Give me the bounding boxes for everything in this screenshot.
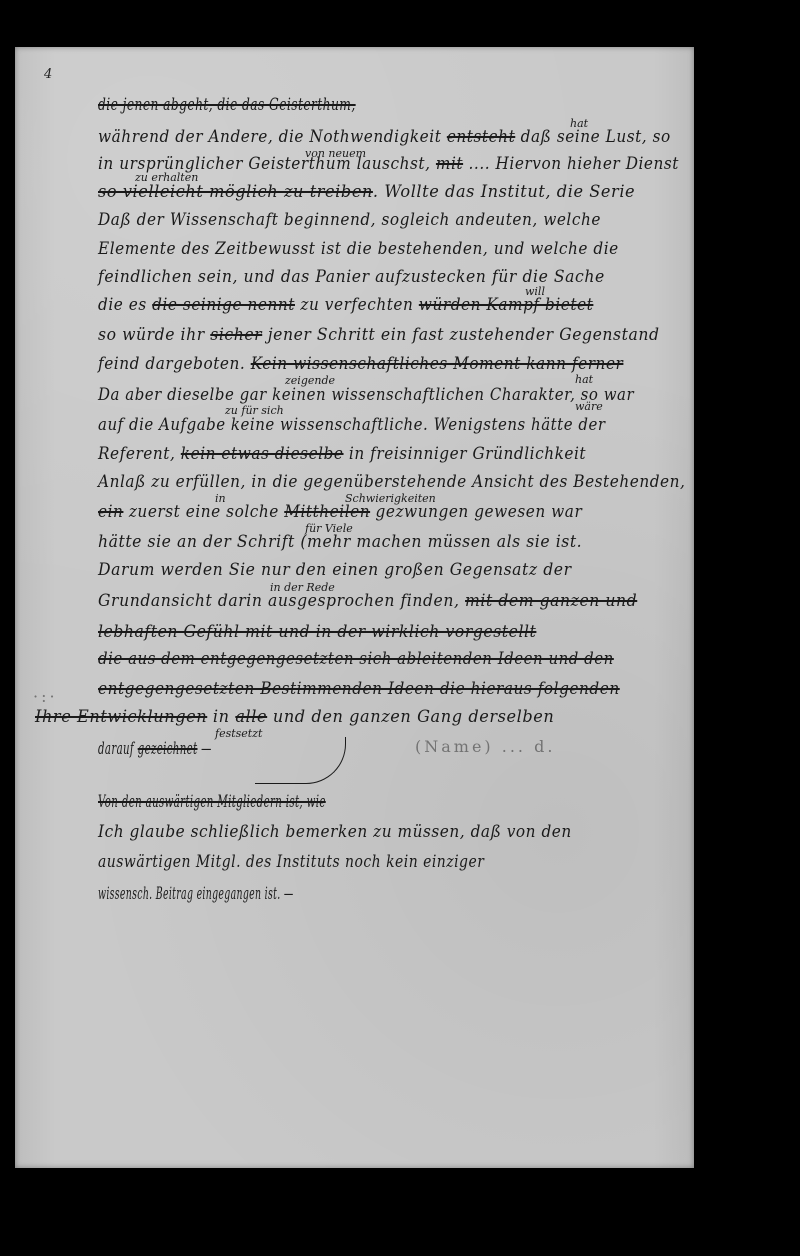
- manuscript-line: lebhaften Gefühl mit und in der wirklich…: [98, 622, 536, 642]
- line-text: wissensch. Beitrag eingegangen ist. —: [98, 884, 294, 904]
- line-text: so würde ihr: [98, 325, 210, 345]
- line-text: die es: [98, 295, 152, 315]
- deleted-text: entsteht: [447, 127, 515, 147]
- interlinear-insertion: hat: [570, 117, 588, 130]
- brace-mark: [255, 737, 346, 784]
- line-text: Elemente des Zeitbewusst ist die bestehe…: [98, 239, 619, 259]
- line-text: und den ganzen Gang derselben: [267, 707, 554, 727]
- line-text: auswärtigen Mitgl. des Instituts noch ke…: [98, 852, 484, 872]
- manuscript-page: 4 die jenen abgeht, die das Geisterthum,…: [15, 47, 694, 1168]
- interlinear-insertion: will: [525, 285, 545, 298]
- manuscript-line: Elemente des Zeitbewusst ist die bestehe…: [98, 239, 619, 259]
- manuscript-line: feind dargeboten. Kein wissenschaftliche…: [98, 354, 623, 374]
- line-text: Grundansicht darin ausgesprochen finden,: [98, 591, 465, 611]
- deleted-text: Mittheilen: [284, 502, 370, 522]
- manuscript-line: die aus dem entgegengesetzten sich ablei…: [98, 649, 614, 669]
- line-text: Anlaß zu erfüllen, in die gegenüberstehe…: [98, 472, 685, 492]
- deleted-text: Von den auswärtigen Mitgliedern ist, wie: [98, 792, 326, 812]
- ink-blot: ·:·: [33, 687, 58, 706]
- line-text: jener Schritt ein fast zustehender Gegen…: [262, 325, 659, 345]
- manuscript-line: Von den auswärtigen Mitgliedern ist, wie: [98, 792, 326, 812]
- interlinear-insertion: zu erhalten: [135, 171, 198, 184]
- manuscript-line: Daß der Wissenschaft beginnend, sogleich…: [98, 210, 601, 230]
- line-text: Referent,: [98, 444, 181, 464]
- deleted-text: die seinige nennt: [152, 295, 295, 315]
- manuscript-line: entgegengesetzten Bestimmenden Ideen die…: [98, 679, 620, 699]
- manuscript-line: Anlaß zu erfüllen, in die gegenüberstehe…: [98, 472, 685, 492]
- manuscript-line: Darum werden Sie nur den einen großen Ge…: [98, 560, 572, 580]
- deleted-text: so vielleicht möglich zu treiben: [98, 182, 373, 202]
- line-text: Darum werden Sie nur den einen großen Ge…: [98, 560, 572, 580]
- line-text: Da aber dieselbe gar keinen wissenschaft…: [98, 385, 634, 405]
- line-text: feindlichen sein, und das Panier aufzust…: [98, 267, 605, 287]
- deleted-text: Ihre Entwicklungen: [35, 707, 207, 727]
- interlinear-insertion: Schwierigkeiten: [345, 492, 436, 505]
- page-number: 4: [44, 67, 52, 82]
- interlinear-insertion: von neuem: [305, 147, 366, 160]
- line-text: in freisinniger Gründlichkeit: [344, 444, 587, 464]
- line-text: —: [198, 739, 212, 759]
- manuscript-line: so vielleicht möglich zu treiben. Wollte…: [98, 182, 635, 202]
- deleted-text: die jenen abgeht, die das Geisterthum,: [98, 95, 356, 115]
- deleted-text: entgegengesetzten Bestimmenden Ideen die…: [98, 679, 620, 699]
- manuscript-line: auswärtigen Mitgl. des Instituts noch ke…: [98, 852, 484, 872]
- line-text: zuerst eine solche: [123, 502, 284, 522]
- manuscript-line: die jenen abgeht, die das Geisterthum,: [98, 95, 356, 115]
- line-text: hätte sie an der Schrift (mehr machen mü…: [98, 532, 582, 552]
- line-text: daß seine Lust, so: [515, 127, 671, 147]
- deleted-text: Kein wissenschaftliches Moment kann fern…: [251, 354, 624, 374]
- manuscript-line: wissensch. Beitrag eingegangen ist. —: [98, 884, 294, 904]
- manuscript-line: Ihre Entwicklungen in alle und den ganze…: [35, 707, 554, 727]
- interlinear-insertion: wäre: [575, 400, 603, 413]
- line-text: darauf: [98, 739, 138, 759]
- line-text: . Wollte das Institut, die Serie: [373, 182, 635, 202]
- line-text: auf die Aufgabe keine wissenschaftliche.…: [98, 415, 606, 435]
- deleted-text: alle: [235, 707, 267, 727]
- interlinear-insertion: zu für sich: [225, 404, 284, 417]
- interlinear-insertion: zeigende: [285, 374, 335, 387]
- interlinear-insertion: hat: [575, 373, 593, 386]
- line-text: .... Hiervon hieher Dienst: [463, 154, 679, 174]
- manuscript-line: hätte sie an der Schrift (mehr machen mü…: [98, 532, 582, 552]
- line-text: zu verfechten: [295, 295, 419, 315]
- deleted-text: mit: [436, 154, 463, 174]
- line-text: Ich glaube schließlich bemerken zu müsse…: [98, 822, 572, 842]
- deleted-text: ein: [98, 502, 123, 522]
- line-text: in: [207, 707, 235, 727]
- interlinear-insertion: in der Rede: [270, 581, 335, 594]
- manuscript-line: während der Andere, die Nothwendigkeit e…: [98, 127, 671, 147]
- deleted-text: kein etwas dieselbe: [181, 444, 344, 464]
- manuscript-line: auf die Aufgabe keine wissenschaftliche.…: [98, 415, 606, 435]
- deleted-text: lebhaften Gefühl mit und in der wirklich…: [98, 622, 536, 642]
- line-text: während der Andere, die Nothwendigkeit: [98, 127, 447, 147]
- line-text: Daß der Wissenschaft beginnend, sogleich…: [98, 210, 601, 230]
- interlinear-insertion: in: [215, 492, 226, 505]
- line-text: gezwungen gewesen war: [370, 502, 582, 522]
- deleted-text: mit dem ganzen und: [465, 591, 637, 611]
- manuscript-line: Grundansicht darin ausgesprochen finden,…: [98, 591, 637, 611]
- deleted-text: sicher: [210, 325, 262, 345]
- manuscript-line: Da aber dieselbe gar keinen wissenschaft…: [98, 385, 634, 405]
- manuscript-line: die es die seinige nennt zu verfechten w…: [98, 295, 593, 315]
- deleted-text: würden Kampf bietet: [419, 295, 594, 315]
- faded-signature: (Name) ... d.: [415, 737, 555, 756]
- manuscript-line: Ich glaube schließlich bemerken zu müsse…: [98, 822, 572, 842]
- deleted-text: gezeichnet: [138, 739, 198, 759]
- manuscript-line: ein zuerst eine solche Mittheilen gezwun…: [98, 502, 582, 522]
- deleted-text: die aus dem entgegengesetzten sich ablei…: [98, 649, 614, 669]
- manuscript-line: Referent, kein etwas dieselbe in freisin…: [98, 444, 586, 464]
- manuscript-line: feindlichen sein, und das Panier aufzust…: [98, 267, 605, 287]
- manuscript-line: so würde ihr sicher jener Schritt ein fa…: [98, 325, 660, 345]
- line-text: feind dargeboten.: [98, 354, 251, 374]
- manuscript-line: darauf gezeichnet —: [98, 739, 212, 759]
- interlinear-insertion: für Viele: [305, 522, 353, 535]
